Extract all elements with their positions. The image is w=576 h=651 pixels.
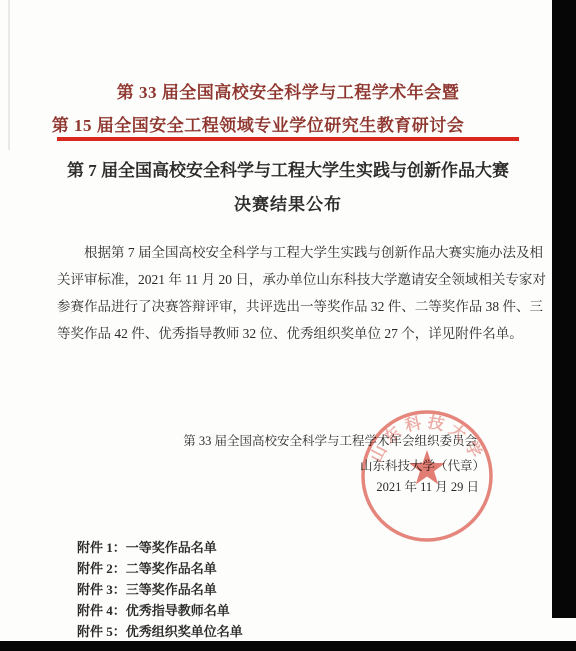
attachment-item: 附件 2：二等奖作品名单 xyxy=(77,558,243,579)
scan-black-bar-bottom xyxy=(0,641,576,651)
body-line: 根据第 7 届全国高校安全科学与工程大学生实践与创新作品大赛实施办法及相 xyxy=(57,239,523,266)
scan-black-bar-right xyxy=(552,0,576,618)
body-line: 等奖作品 42 件、优秀指导教师 32 位、优秀组织奖单位 27 个，详见附件名… xyxy=(57,320,523,347)
attachment-item: 附件 1：一等奖作品名单 xyxy=(77,537,243,558)
official-red-seal: 山东科技大学 xyxy=(357,406,497,546)
signature-committee: 第 33 届全国高校安全科学与工程学术年会组织委员会 xyxy=(183,431,477,449)
attachments-list: 附件 1：一等奖作品名单 附件 2：二等奖作品名单 附件 3：三等奖作品名单 附… xyxy=(77,537,243,642)
conference-header-line1: 第 33 届全国高校安全科学与工程学术年会暨 xyxy=(0,78,576,103)
body-line: 参赛作品进行了决赛答辩评审，共评选出一等奖作品 32 件、二等奖作品 38 件、… xyxy=(57,293,523,320)
body-line: 关评审标准，2021 年 11 月 20 日，承办单位山东科技大学邀请安全领域相… xyxy=(57,266,523,293)
attachment-item: 附件 4：优秀指导教师名单 xyxy=(77,600,243,621)
attachment-item: 附件 5：优秀组织奖单位名单 xyxy=(77,621,243,642)
document-title-line1: 第 7 届全国高校安全科学与工程大学生实践与创新作品大赛 xyxy=(0,156,576,181)
attachment-item: 附件 3：三等奖作品名单 xyxy=(77,579,243,600)
conference-header-line2: 第 15 届全国安全工程领域专业学位研究生教育研讨会 xyxy=(0,111,546,136)
red-divider-rule xyxy=(57,137,519,141)
signature-date: 2021 年 11 月 29 日 xyxy=(376,477,479,495)
scanned-document-page: 第 33 届全国高校安全科学与工程学术年会暨 第 15 届全国安全工程领域专业学… xyxy=(0,0,576,651)
document-title-line2: 决赛结果公布 xyxy=(0,190,576,215)
signature-issuer: 山东科技大学（代章） xyxy=(360,456,485,474)
body-paragraph: 根据第 7 届全国高校安全科学与工程大学生实践与创新作品大赛实施办法及相 关评审… xyxy=(57,239,523,347)
